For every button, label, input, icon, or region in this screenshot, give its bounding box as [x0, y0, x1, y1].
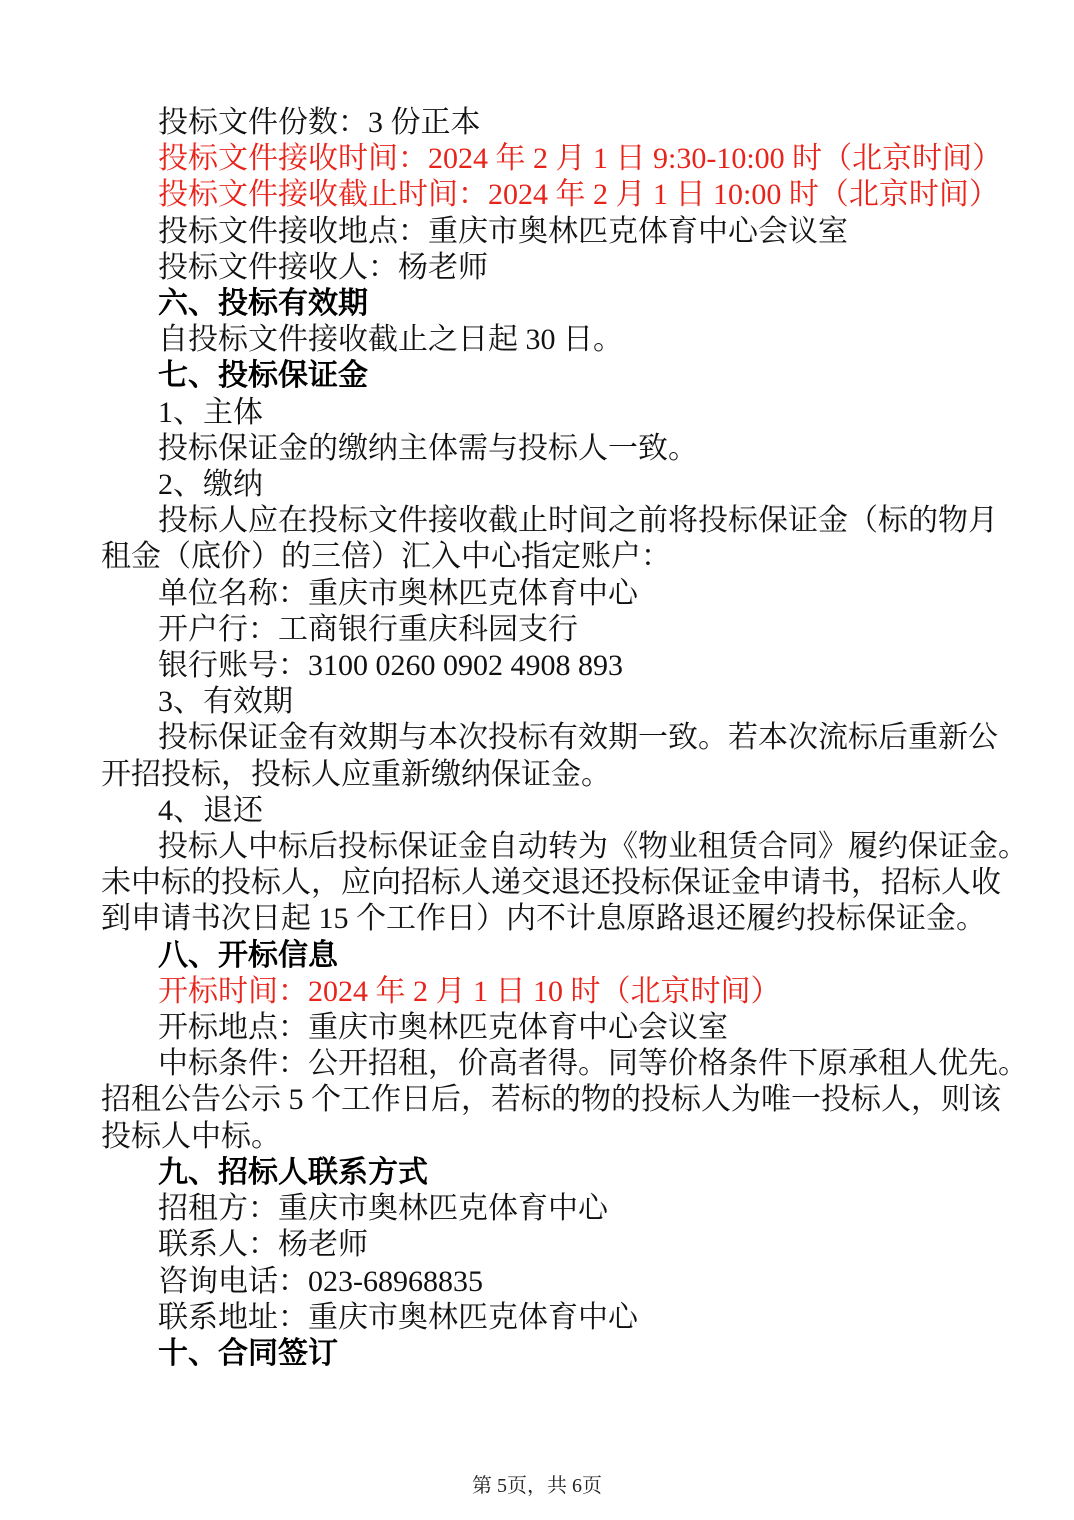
- text-line: 咨询电话：023-68968835: [101, 1264, 991, 1300]
- text-line: 开户行：工商银行重庆科园支行: [101, 612, 991, 648]
- text-line: 未中标的投标人，应向招标人递交退还投标保证金申请书，招标人收: [101, 865, 991, 901]
- text-line: 3、有效期: [101, 684, 991, 720]
- text-line: 投标文件接收人：杨老师: [101, 250, 991, 286]
- text-line: 联系人：杨老师: [101, 1227, 991, 1263]
- text-line: 中标条件：公开招租，价高者得。同等价格条件下原承租人优先。: [101, 1046, 991, 1082]
- text-line: 投标人应在投标文件接收截止时间之前将投标保证金（标的物月: [101, 503, 991, 539]
- text-line: 招租方：重庆市奥林匹克体育中心: [101, 1191, 991, 1227]
- text-line: 银行账号：3100 0260 0902 4908 893: [101, 648, 991, 684]
- text-line: 自投标文件接收截止之日起 30 日。: [101, 322, 991, 358]
- text-line: 投标文件接收截止时间：2024 年 2 月 1 日 10:00 时（北京时间）: [101, 177, 991, 213]
- text-line: 投标文件接收时间：2024 年 2 月 1 日 9:30-10:00 时（北京时…: [101, 141, 991, 177]
- text-line: 开招投标，投标人应重新缴纳保证金。: [101, 757, 991, 793]
- section-heading: 七、投标保证金: [101, 358, 991, 394]
- section-heading: 八、开标信息: [101, 938, 991, 974]
- text-line: 投标文件份数：3 份正本: [101, 105, 991, 141]
- text-line: 单位名称：重庆市奥林匹克体育中心: [101, 576, 991, 612]
- text-line: 投标人中标后投标保证金自动转为《物业租赁合同》履约保证金。: [101, 829, 991, 865]
- text-line: 到申请书次日起 15 个工作日）内不计息原路退还履约投标保证金。: [101, 901, 991, 937]
- page-number-indicator: 第 5页，共 6页: [472, 1475, 602, 1497]
- text-line: 投标保证金有效期与本次投标有效期一致。若本次流标后重新公: [101, 720, 991, 756]
- text-line: 投标人中标。: [101, 1119, 991, 1155]
- text-line: 开标地点：重庆市奥林匹克体育中心会议室: [101, 1010, 991, 1046]
- document-body: 投标文件份数：3 份正本投标文件接收时间：2024 年 2 月 1 日 9:30…: [101, 105, 991, 1372]
- text-line: 1、主体: [101, 395, 991, 431]
- text-line: 投标保证金的缴纳主体需与投标人一致。: [101, 431, 991, 467]
- text-line: 租金（底价）的三倍）汇入中心指定账户：: [101, 539, 991, 575]
- section-heading: 九、招标人联系方式: [101, 1155, 991, 1191]
- text-line: 联系地址：重庆市奥林匹克体育中心: [101, 1300, 991, 1336]
- section-heading: 十、合同签订: [101, 1336, 991, 1372]
- text-line: 4、退还: [101, 793, 991, 829]
- text-line: 招租公告公示 5 个工作日后，若标的物的投标人为唯一投标人，则该: [101, 1082, 991, 1118]
- text-line: 投标文件接收地点：重庆市奥林匹克体育中心会议室: [101, 214, 991, 250]
- section-heading: 六、投标有效期: [101, 286, 991, 322]
- text-line: 2、缴纳: [101, 467, 991, 503]
- text-line: 开标时间：2024 年 2 月 1 日 10 时（北京时间）: [101, 974, 991, 1010]
- page-footer: 第 5页，共 6页: [0, 1469, 1074, 1498]
